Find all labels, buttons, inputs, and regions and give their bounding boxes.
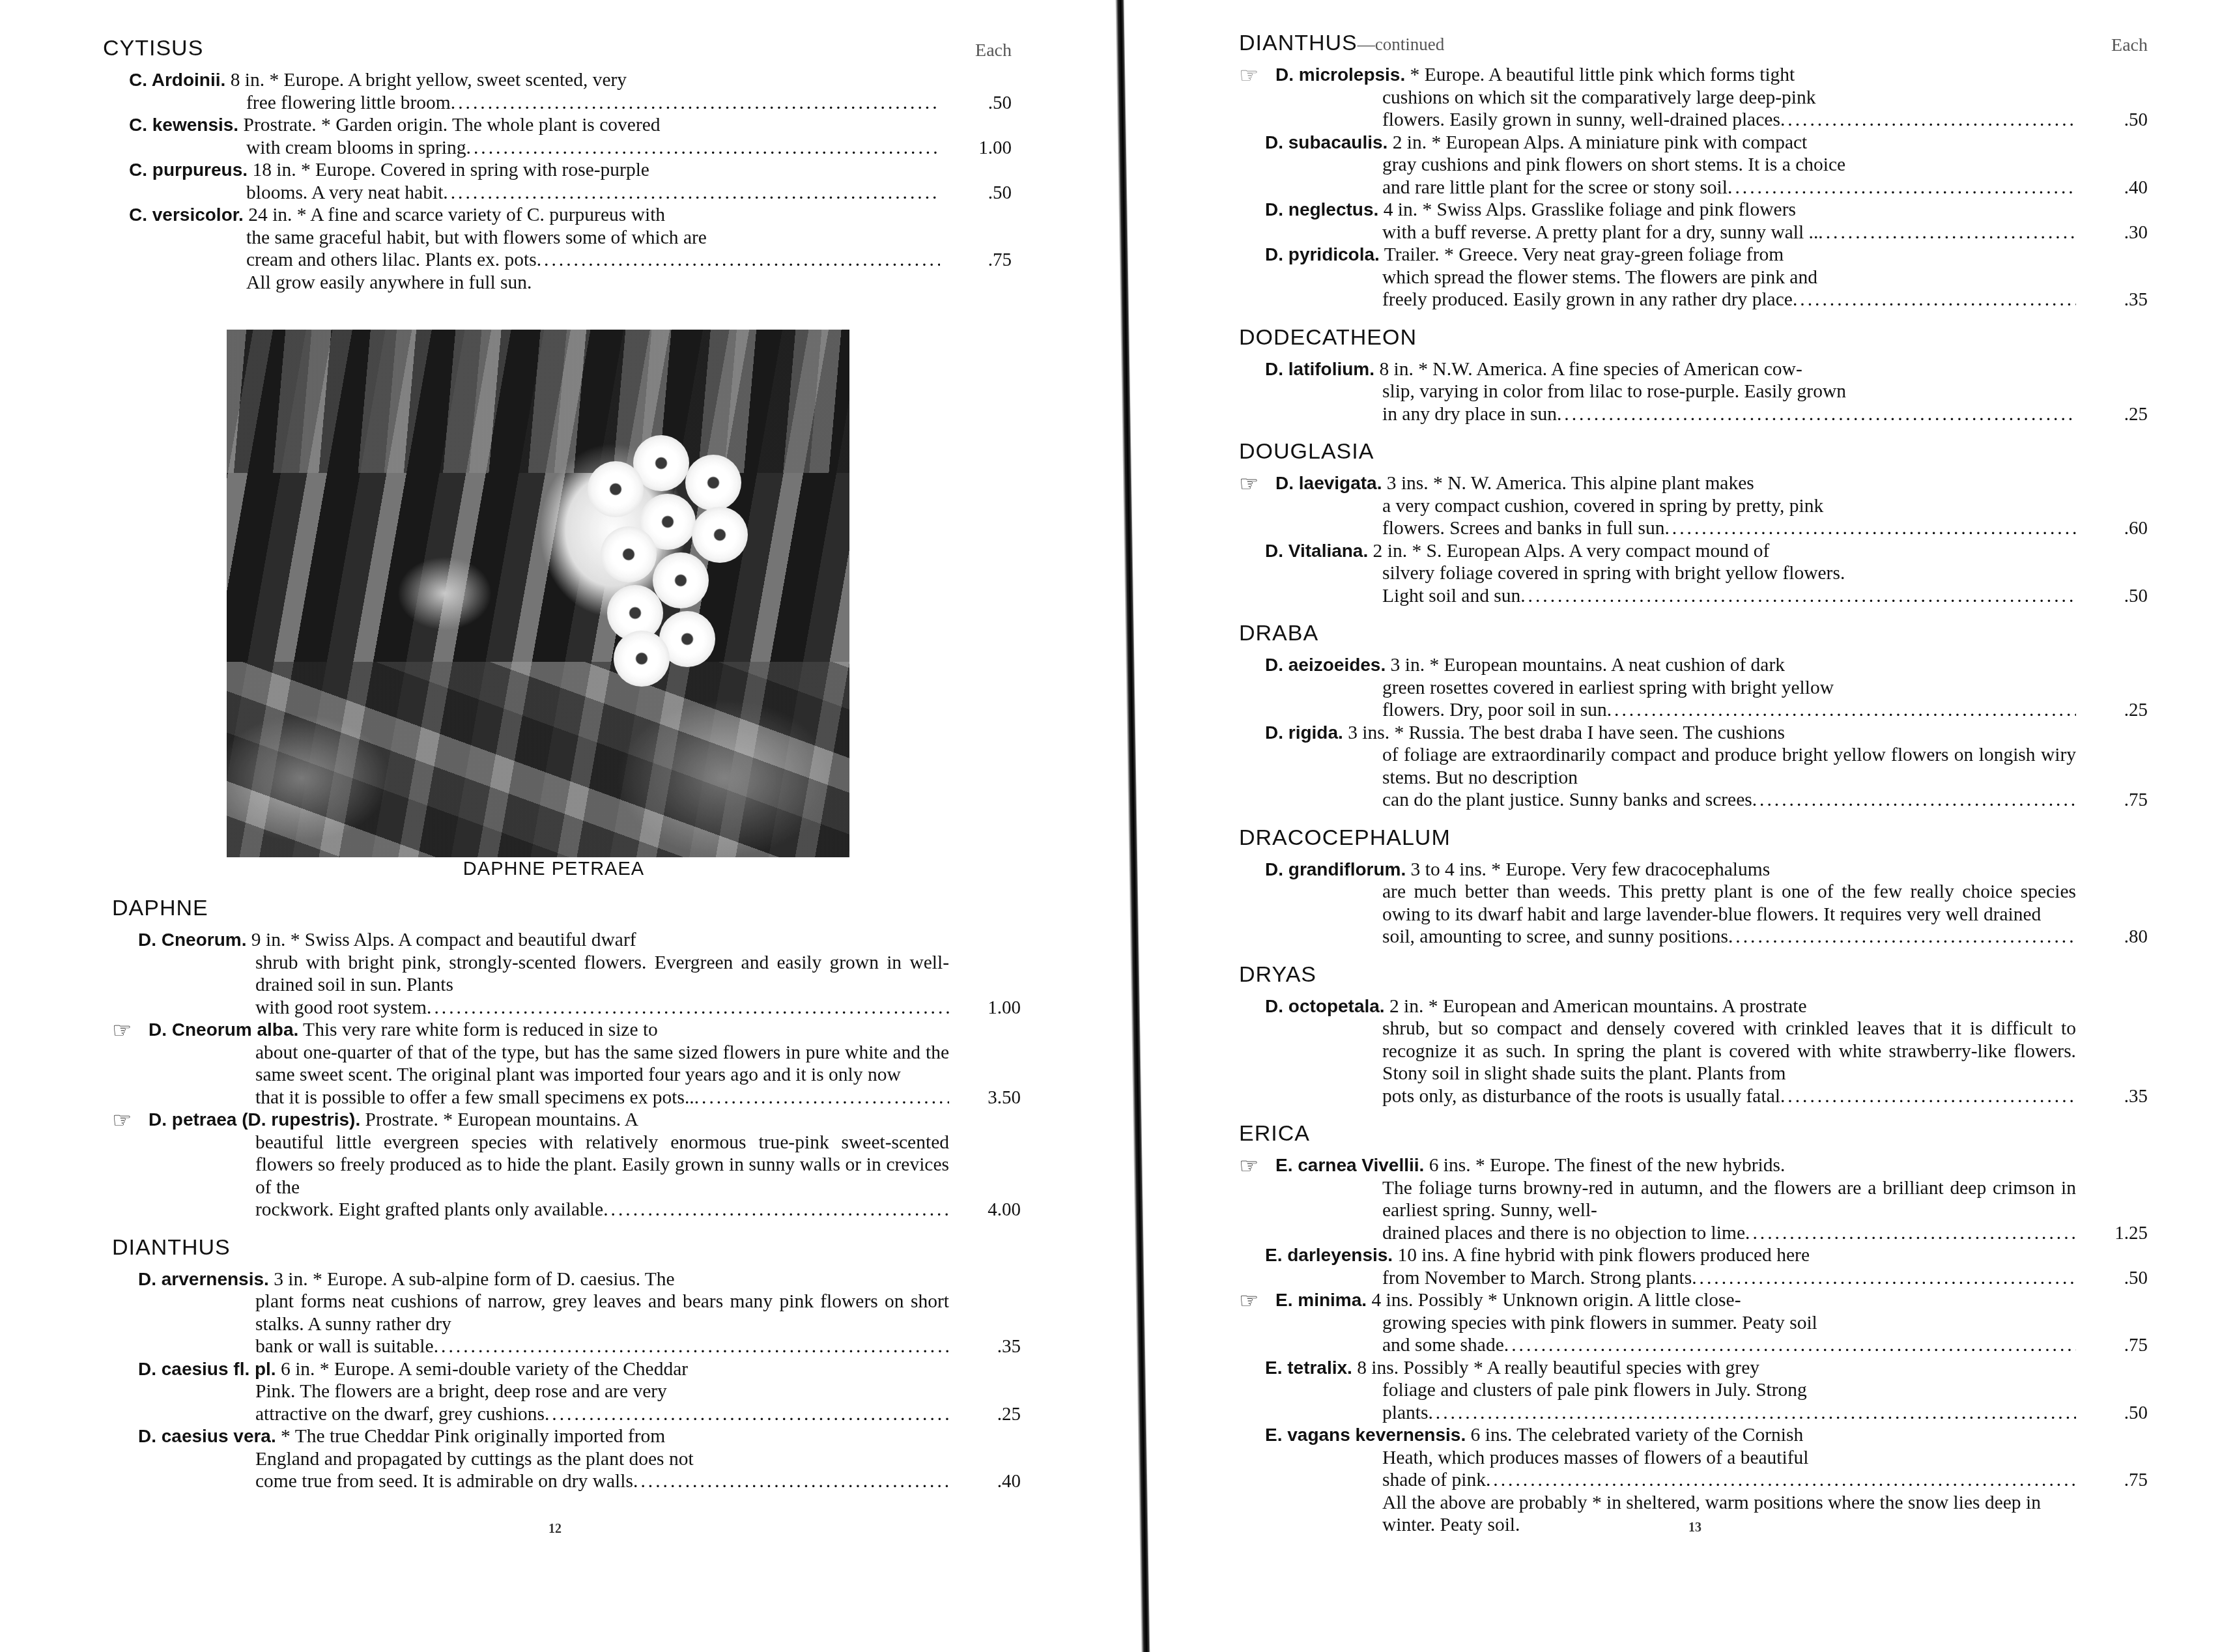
entry-first-line: D. caesius vera. * The true Cheddar Pink… — [112, 1425, 1021, 1448]
catalog-entry: D. grandiflorum. 3 to 4 ins. * Europe. V… — [1239, 859, 2148, 948]
entry-last-text: flowers. Easily grown in sunny, well-dra… — [1382, 109, 1780, 132]
plant-name: D. caesius fl. pl. — [138, 1359, 276, 1379]
genus-name: CYTISUS — [103, 36, 203, 61]
plant-description: Trailer. * Greece. Very neat gray-green … — [1384, 244, 1784, 265]
plant-name: E. tetralix. — [1265, 1358, 1352, 1378]
section-gap — [1239, 425, 2148, 434]
genus-header: DAPHNE — [112, 895, 1021, 929]
catalog-entry: ☞D. Cneorum alba. This very rare white f… — [112, 1019, 1021, 1109]
plant-description: * Europe. A beautiful little pink which … — [1410, 64, 1795, 85]
dot-leader — [1557, 403, 2076, 426]
dot-leader — [1793, 289, 2076, 311]
entry-last-line: that it is possible to offer a few small… — [112, 1087, 1021, 1109]
entry-description-cont: shrub with bright pink, strongly-scented… — [112, 952, 1021, 997]
left-page: CYTISUSEachC. Ardoinii. 8 in. * Europe. … — [0, 0, 1107, 1652]
plant-name: D. latifolium. — [1265, 359, 1374, 379]
left-column-top: CYTISUSEachC. Ardoinii. 8 in. * Europe. … — [103, 31, 1012, 303]
plant-name: C. Ardoinii. — [129, 70, 225, 90]
section-gap — [112, 1493, 1021, 1502]
entry-last-text: in any dry place in sun — [1382, 403, 1557, 426]
dot-leader — [537, 249, 940, 272]
price-each: .50 — [988, 182, 1012, 205]
catalog-entry: D. caesius fl. pl. 6 in. * Europe. A sem… — [112, 1358, 1021, 1426]
genus-header: DOUGLASIA — [1239, 438, 2148, 472]
entry-last-line: can do the plant justice. Sunny banks an… — [1239, 789, 2148, 812]
dot-leader — [451, 92, 940, 115]
dot-leader — [1504, 1334, 2076, 1357]
price-each: 1.25 — [2114, 1222, 2148, 1245]
entry-last-text: Light soil and sun — [1382, 585, 1520, 608]
plant-description: 9 in. * Swiss Alps. A compact and beauti… — [251, 930, 636, 950]
plant-description: 6 ins. * Europe. The finest of the new h… — [1429, 1155, 1786, 1176]
plant-name: E. vagans kevernensis. — [1265, 1425, 1466, 1445]
genus-name: DRABA — [1239, 621, 1318, 646]
entry-last-line: in any dry place in sun — [1239, 403, 2148, 426]
catalog-entry: D. subacaulis. 2 in. * European Alps. A … — [1239, 132, 2148, 199]
price-each: .25 — [2124, 403, 2148, 426]
plant-description: 4 ins. Possibly * Unknown origin. A litt… — [1371, 1290, 1741, 1311]
dot-leader — [1728, 177, 2076, 199]
catalog-entry: E. vagans kevernensis. 6 ins. The celebr… — [1239, 1424, 2148, 1492]
plant-name: D. Cneorum alba. — [149, 1019, 298, 1040]
catalog-entry: E. darleyensis. 10 ins. A fine hybrid wi… — [1239, 1244, 2148, 1289]
entry-first-line: C. kewensis. Prostrate. * Garden origin.… — [103, 114, 1012, 137]
entry-description-cont: England and propagated by cuttings as th… — [112, 1448, 1021, 1471]
plant-name: D. pyridicola. — [1265, 244, 1380, 264]
entry-first-line: D. grandiflorum. 3 to 4 ins. * Europe. V… — [1239, 859, 2148, 881]
plant-name: D. rigida. — [1265, 722, 1343, 743]
price-each: .75 — [2124, 789, 2148, 812]
entry-last-line: with cream blooms in spring — [103, 137, 1012, 160]
plant-description: * The true Cheddar Pink originally impor… — [281, 1426, 665, 1447]
entry-description-cont: about one-quarter of that of the type, b… — [112, 1042, 1021, 1087]
entry-description-cont: growing species with pink flowers in sum… — [1239, 1312, 2148, 1335]
plant-description: 3 in. * European mountains. A neat cushi… — [1391, 655, 1785, 676]
entry-first-line: C. versicolor. 24 in. * A fine and scarc… — [103, 204, 1012, 227]
entry-last-line: flowers. Dry, poor soil in sun — [1239, 699, 2148, 722]
plant-name: E. darleyensis. — [1265, 1245, 1393, 1265]
dot-leader — [1745, 1222, 2076, 1245]
right-page: DIANTHUS—continuedEach☞D. microlepsis. *… — [1146, 0, 2220, 1652]
genus-header: ERICA — [1239, 1120, 2148, 1154]
price-each: .75 — [988, 249, 1012, 272]
entry-first-line: D. Cneorum. 9 in. * Swiss Alps. A compac… — [112, 929, 1021, 952]
entry-first-line: D. rigida. 3 ins. * Russia. The best dra… — [1239, 722, 2148, 745]
catalog-entry: D. latifolium. 8 in. * N.W. America. A f… — [1239, 358, 2148, 426]
plant-description: 3 ins. * Russia. The best draba I have s… — [1348, 722, 1785, 743]
plant-name: D. petraea (D. rupestris). — [149, 1109, 360, 1130]
genus-header: DIANTHUS — [112, 1234, 1021, 1268]
entry-last-text: plants — [1382, 1402, 1428, 1425]
entry-last-text: soil, amounting to scree, and sunny posi… — [1382, 926, 1728, 948]
entry-last-line: rockwork. Eight grafted plants only avai… — [112, 1199, 1021, 1221]
dot-leader — [1780, 1085, 2076, 1108]
entry-last-text: with a buff reverse. A pretty plant for … — [1382, 221, 1818, 244]
genus-heading: DAPHNE — [112, 895, 1021, 921]
entry-first-line: E. darleyensis. 10 ins. A fine hybrid wi… — [1239, 1244, 2148, 1267]
entry-last-line: freely produced. Easily grown in any rat… — [1239, 289, 2148, 311]
plant-name: D. arvernensis. — [138, 1269, 269, 1289]
plant-name: D. Cneorum. — [138, 930, 246, 950]
genus-name: ERICA — [1239, 1121, 1310, 1146]
section-gap — [103, 294, 1012, 303]
entry-last-text: bank or wall is suitable — [255, 1335, 434, 1358]
entry-description-cont: a very compact cushion, covered in sprin… — [1239, 495, 2148, 518]
price-each: .25 — [2124, 699, 2148, 722]
section-gap — [1239, 1107, 2148, 1117]
catalog-entry: D. caesius vera. * The true Cheddar Pink… — [112, 1425, 1021, 1493]
entry-description-cont: the same graceful habit, but with flower… — [103, 227, 1012, 249]
plant-name: C. purpureus. — [129, 160, 248, 180]
plant-description: Prostrate. * Garden origin. The whole pl… — [243, 115, 660, 135]
plant-description: 8 in. * N.W. America. A fine species of … — [1379, 359, 1802, 380]
price-each: .60 — [2124, 517, 2148, 540]
entry-first-line: D. Vitaliana. 2 in. * S. European Alps. … — [1239, 540, 2148, 563]
plant-name: D. neglectus. — [1265, 199, 1378, 220]
section-gap — [112, 1221, 1021, 1231]
plant-description: 6 ins. The celebrated variety of the Cor… — [1471, 1425, 1804, 1445]
entry-first-line: D. neglectus. 4 in. * Swiss Alps. Grassl… — [1239, 199, 2148, 221]
dot-leader — [1607, 699, 2076, 722]
plant-description: 3 to 4 ins. * Europe. Very few dracoceph… — [1411, 859, 1771, 880]
entry-last-text: and some shade — [1382, 1334, 1504, 1357]
price-each: .50 — [2124, 585, 2148, 608]
price-each: 1.00 — [988, 997, 1021, 1019]
genus-name: DOUGLASIA — [1239, 439, 1374, 464]
entry-first-line: C. purpureus. 18 in. * Europe. Covered i… — [103, 159, 1012, 182]
entry-first-line: D. latifolium. 8 in. * N.W. America. A f… — [1239, 358, 2148, 381]
entry-first-line: ☞E. minima. 4 ins. Possibly * Unknown or… — [1239, 1289, 2148, 1312]
dot-leader — [1664, 517, 2076, 540]
plant-name: E. minima. — [1275, 1290, 1367, 1310]
catalog-entry: C. Ardoinii. 8 in. * Europe. A bright ye… — [103, 69, 1012, 114]
genus-name: DRYAS — [1239, 962, 1316, 987]
plant-name: D. laevigata. — [1275, 473, 1382, 493]
entry-first-line: ☞E. carnea Vivellii. 6 ins. * Europe. Th… — [1239, 1154, 2148, 1177]
entry-first-line: E. tetralix. 8 ins. Possibly * A really … — [1239, 1357, 2148, 1380]
section-gap — [1239, 1537, 2148, 1546]
entry-first-line: C. Ardoinii. 8 in. * Europe. A bright ye… — [103, 69, 1012, 92]
entry-last-line: and some shade — [1239, 1334, 2148, 1357]
entry-last-line: Light soil and sun — [1239, 585, 2148, 608]
catalog-entry: ☞D. laevigata. 3 ins. * N. W. America. T… — [1239, 472, 2148, 540]
genus-header: DODECATHEON — [1239, 324, 2148, 358]
genus-heading: DRACOCEPHALUM — [1239, 825, 2148, 851]
dot-leader — [1752, 789, 2076, 812]
entry-first-line: D. caesius fl. pl. 6 in. * Europe. A sem… — [112, 1358, 1021, 1381]
genus-header: DRYAS — [1239, 961, 2148, 995]
plant-name: D. microlepsis. — [1275, 64, 1405, 85]
plant-description: Prostrate. * European mountains. A — [365, 1109, 638, 1130]
catalog-entry: D. Cneorum. 9 in. * Swiss Alps. A compac… — [112, 929, 1021, 1019]
entry-last-line: plants — [1239, 1402, 2148, 1425]
entry-description-cont: beautiful little evergreen species with … — [112, 1132, 1021, 1199]
entry-last-line: and rare little plant for the scree or s… — [1239, 177, 2148, 199]
entry-last-text: blooms. A very neat habit — [246, 182, 443, 205]
entry-last-line: from November to March. Strong plants — [1239, 1267, 2148, 1290]
catalog-entry: E. tetralix. 8 ins. Possibly * A really … — [1239, 1357, 2148, 1425]
plant-name: D. Vitaliana. — [1265, 541, 1368, 561]
catalog-entry: ☞D. petraea (D. rupestris). Prostrate. *… — [112, 1109, 1021, 1221]
price-each: 3.50 — [988, 1087, 1021, 1109]
entry-description-cont: plant forms neat cushions of narrow, gre… — [112, 1290, 1021, 1335]
entry-last-line: pots only, as disturbance of the roots i… — [1239, 1085, 2148, 1108]
photo-caption: DAPHNE PETRAEA — [0, 859, 1107, 880]
dot-leader — [1486, 1469, 2076, 1492]
price-each: 1.00 — [978, 137, 1012, 160]
genus-heading: DOUGLASIA — [1239, 438, 2148, 464]
section-note: All grow easily anywhere in full sun. — [103, 272, 1012, 294]
dot-leader — [1428, 1402, 2076, 1425]
genus-header: DRACOCEPHALUM — [1239, 825, 2148, 859]
catalog-entry: D. Vitaliana. 2 in. * S. European Alps. … — [1239, 540, 2148, 608]
entry-first-line: E. vagans kevernensis. 6 ins. The celebr… — [1239, 1424, 2148, 1447]
entry-last-text: shade of pink — [1382, 1469, 1486, 1492]
entry-last-line: cream and others lilac. Plants ex. pots — [103, 249, 1012, 272]
section-gap — [1239, 607, 2148, 616]
catalog-entry: D. aeizoeides. 3 in. * European mountain… — [1239, 654, 2148, 722]
plant-description: 10 ins. A fine hybrid with pink flowers … — [1397, 1245, 1810, 1266]
price-each: .75 — [2124, 1334, 2148, 1357]
plant-description: This very rare white form is reduced in … — [303, 1019, 658, 1040]
entry-description-cont: are much better than weeds. This pretty … — [1239, 881, 2148, 926]
entry-description-cont: which spread the flower stems. The flowe… — [1239, 266, 2148, 289]
genus-header: CYTISUSEach — [103, 35, 1012, 69]
entry-first-line: D. subacaulis. 2 in. * European Alps. A … — [1239, 132, 2148, 154]
entry-last-text: flowers. Dry, poor soil in sun — [1382, 699, 1607, 722]
genus-heading: DRABA — [1239, 620, 2148, 646]
genus-header: DIANTHUS—continuedEach — [1239, 30, 2148, 64]
catalog-entry: ☞E. carnea Vivellii. 6 ins. * Europe. Th… — [1239, 1154, 2148, 1244]
dot-leader — [434, 1335, 949, 1358]
price-each: .40 — [997, 1470, 1021, 1493]
entry-description-cont: green rosettes covered in earliest sprin… — [1239, 677, 2148, 700]
plant-description: 3 ins. * N. W. America. This alpine plan… — [1387, 473, 1754, 494]
entry-last-line: with a buff reverse. A pretty plant for … — [1239, 221, 2148, 244]
genus-heading: CYTISUS — [103, 35, 1012, 61]
entry-last-line: blooms. A very neat habit — [103, 182, 1012, 205]
catalog-entry: D. rigida. 3 ins. * Russia. The best dra… — [1239, 722, 2148, 812]
dot-leader — [633, 1470, 949, 1493]
genus-heading: DIANTHUS — [112, 1234, 1021, 1260]
plant-description: 3 in. * Europe. A sub-alpine form of D. … — [274, 1269, 675, 1290]
entry-description-cont: cushions on which sit the comparatively … — [1239, 87, 2148, 109]
genus-heading: ERICA — [1239, 1120, 2148, 1146]
pointing-hand-icon: ☞ — [1239, 1292, 1275, 1311]
catalog-entry: D. arvernensis. 3 in. * Europe. A sub-al… — [112, 1268, 1021, 1358]
dot-leader — [1818, 221, 2076, 244]
section-gap — [1239, 311, 2148, 320]
genus-heading: DIANTHUS—continued — [1239, 30, 2148, 57]
entry-first-line: D. aeizoeides. 3 in. * European mountain… — [1239, 654, 2148, 677]
entry-last-line: flowers. Screes and banks in full sun — [1239, 517, 2148, 540]
entry-last-line: flowers. Easily grown in sunny, well-dra… — [1239, 109, 2148, 132]
price-each: .35 — [997, 1335, 1021, 1358]
entry-last-line: shade of pink — [1239, 1469, 2148, 1492]
each-column-label: Each — [975, 40, 1012, 61]
price-each: .50 — [2124, 1267, 2148, 1290]
price-each: .50 — [2124, 1402, 2148, 1425]
plant-description: 8 in. * Europe. A bright yellow, sweet s… — [231, 70, 627, 91]
entry-first-line: D. arvernensis. 3 in. * Europe. A sub-al… — [112, 1268, 1021, 1291]
entry-last-text: that it is possible to offer a few small… — [255, 1087, 694, 1109]
entry-last-line: soil, amounting to scree, and sunny posi… — [1239, 926, 2148, 948]
plant-name: D. caesius vera. — [138, 1426, 276, 1446]
price-each: .50 — [2124, 109, 2148, 132]
entry-first-line: ☞D. laevigata. 3 ins. * N. W. America. T… — [1239, 472, 2148, 495]
entry-description-cont: The foliage turns browny-red in autumn, … — [1239, 1177, 2148, 1222]
plant-description: 6 in. * Europe. A semi-double variety of… — [281, 1359, 688, 1380]
entry-last-line: come true from seed. It is admirable on … — [112, 1470, 1021, 1493]
price-each: .75 — [2124, 1469, 2148, 1492]
entry-last-text: can do the plant justice. Sunny banks an… — [1382, 789, 1752, 812]
pointing-hand-icon: ☞ — [1239, 1157, 1275, 1176]
pointing-hand-icon: ☞ — [112, 1021, 149, 1041]
entry-description-cont: silvery foliage covered in spring with b… — [1239, 562, 2148, 585]
price-each: .80 — [2124, 926, 2148, 948]
entry-description-cont: slip, varying in color from lilac to ros… — [1239, 380, 2148, 403]
entry-description-cont: foliage and clusters of pale pink flower… — [1239, 1379, 2148, 1402]
catalog-entry: ☞D. microlepsis. * Europe. A beautiful l… — [1239, 64, 2148, 132]
plant-name: D. grandiflorum. — [1265, 859, 1406, 879]
daphne-petraea-photo — [227, 330, 849, 857]
entry-description-cont: Heath, which produces masses of flowers … — [1239, 1447, 2148, 1470]
book-spine — [1115, 0, 1150, 1652]
plant-description: 8 ins. Possibly * A really beautiful spe… — [1357, 1358, 1759, 1378]
plant-name: E. carnea Vivellii. — [1275, 1155, 1424, 1175]
pointing-hand-icon: ☞ — [1239, 475, 1275, 494]
price-each: .30 — [2124, 221, 2148, 244]
genus-name: DIANTHUS — [112, 1235, 231, 1260]
price-each: .40 — [2124, 177, 2148, 199]
entry-last-text: come true from seed. It is admirable on … — [255, 1470, 633, 1493]
entry-last-text: cream and others lilac. Plants ex. pots — [246, 249, 537, 272]
plant-name: D. aeizoeides. — [1265, 655, 1386, 675]
plant-description: 2 in. * European and American mountains.… — [1389, 996, 1807, 1017]
entry-last-line: with good root system — [112, 997, 1021, 1019]
genus-name: DAPHNE — [112, 896, 208, 920]
entry-description-cont: Pink. The flowers are a bright, deep ros… — [112, 1380, 1021, 1403]
entry-last-text: and rare little plant for the scree or s… — [1382, 177, 1728, 199]
catalog-entry: D. pyridicola. Trailer. * Greece. Very n… — [1239, 244, 2148, 311]
entry-first-line: ☞D. petraea (D. rupestris). Prostrate. *… — [112, 1109, 1021, 1132]
catalog-entry: C. kewensis. Prostrate. * Garden origin.… — [103, 114, 1012, 159]
entry-last-line: drained places and there is no objection… — [1239, 1222, 2148, 1245]
plant-name: D. octopetala. — [1265, 996, 1385, 1016]
catalog-entry: ☞E. minima. 4 ins. Possibly * Unknown or… — [1239, 1289, 2148, 1357]
dot-leader — [694, 1087, 949, 1109]
entry-last-text: with good root system — [255, 997, 427, 1019]
entry-last-text: drained places and there is no objection… — [1382, 1222, 1745, 1245]
genus-heading: DODECATHEON — [1239, 324, 2148, 350]
entry-last-text: pots only, as disturbance of the roots i… — [1382, 1085, 1780, 1108]
price-each: 4.00 — [988, 1199, 1021, 1221]
entry-description-cont: shrub, but so compact and densely covere… — [1239, 1018, 2148, 1085]
entry-last-text: flowers. Screes and banks in full sun — [1382, 517, 1664, 540]
dot-leader — [443, 182, 940, 205]
entry-last-text: attractive on the dwarf, grey cushions — [255, 1403, 545, 1426]
section-gap — [1239, 948, 2148, 958]
page-number-left: 12 — [548, 1522, 562, 1537]
entry-last-text: from November to March. Strong plants — [1382, 1267, 1692, 1290]
entry-last-text: freely produced. Easily grown in any rat… — [1382, 289, 1793, 311]
pointing-hand-icon: ☞ — [1239, 66, 1275, 86]
entry-first-line: ☞D. microlepsis. * Europe. A beautiful l… — [1239, 64, 2148, 87]
section-gap — [1239, 812, 2148, 821]
genus-continued: —continued — [1358, 35, 1444, 54]
pointing-hand-icon: ☞ — [112, 1111, 149, 1131]
entry-last-text: rockwork. Eight grafted plants only avai… — [255, 1199, 603, 1221]
plant-description: 18 in. * Europe. Covered in spring with … — [252, 160, 649, 180]
entry-last-text: free flowering little broom — [246, 92, 451, 115]
entry-last-line: free flowering little broom — [103, 92, 1012, 115]
left-column-bottom: DAPHNED. Cneorum. 9 in. * Swiss Alps. A … — [112, 891, 1021, 1502]
entry-description-cont: gray cushions and pink flowers on short … — [1239, 154, 2148, 177]
price-each: .50 — [988, 92, 1012, 115]
catalog-entry: D. neglectus. 4 in. * Swiss Alps. Grassl… — [1239, 199, 2148, 244]
dot-leader — [1520, 585, 2076, 608]
dot-leader — [427, 997, 949, 1019]
plant-description: 4 in. * Swiss Alps. Grasslike foliage an… — [1384, 199, 1796, 220]
dot-leader — [545, 1403, 949, 1426]
dot-leader — [1780, 109, 2076, 132]
dot-leader — [1692, 1267, 2076, 1290]
dot-leader — [603, 1199, 949, 1221]
entry-first-line: D. octopetala. 2 in. * European and Amer… — [1239, 995, 2148, 1018]
catalog-entry: C. purpureus. 18 in. * Europe. Covered i… — [103, 159, 1012, 204]
page-number-right: 13 — [1688, 1520, 1701, 1535]
price-each: .35 — [2124, 289, 2148, 311]
entry-first-line: D. pyridicola. Trailer. * Greece. Very n… — [1239, 244, 2148, 266]
entry-last-line: attractive on the dwarf, grey cushions — [112, 1403, 1021, 1426]
dot-leader — [466, 137, 940, 160]
entry-last-text: with cream blooms in spring — [246, 137, 466, 160]
plant-description: 2 in. * European Alps. A miniature pink … — [1393, 132, 1808, 153]
each-column-label: Each — [2111, 35, 2148, 56]
genus-name: DRACOCEPHALUM — [1239, 825, 1451, 850]
plant-name: C. versicolor. — [129, 205, 244, 225]
plant-name: D. subacaulis. — [1265, 132, 1387, 152]
catalog-entry: D. octopetala. 2 in. * European and Amer… — [1239, 995, 2148, 1108]
entry-first-line: ☞D. Cneorum alba. This very rare white f… — [112, 1019, 1021, 1042]
plant-name: C. kewensis. — [129, 115, 238, 135]
genus-name: DIANTHUS — [1239, 31, 1358, 55]
entry-description-cont: of foliage are extraordinarily compact a… — [1239, 744, 2148, 789]
genus-name: DODECATHEON — [1239, 325, 1417, 350]
catalog-entry: C. versicolor. 24 in. * A fine and scarc… — [103, 204, 1012, 272]
dot-leader — [1728, 926, 2076, 948]
price-each: .25 — [997, 1403, 1021, 1426]
plant-description: 2 in. * S. European Alps. A very compact… — [1373, 541, 1770, 562]
plant-description: 24 in. * A fine and scarce variety of C.… — [248, 205, 665, 225]
price-each: .35 — [2124, 1085, 2148, 1108]
genus-header: DRABA — [1239, 620, 2148, 654]
genus-heading: DRYAS — [1239, 961, 2148, 988]
right-column: DIANTHUS—continuedEach☞D. microlepsis. *… — [1239, 26, 2148, 1546]
entry-last-line: bank or wall is suitable — [112, 1335, 1021, 1358]
